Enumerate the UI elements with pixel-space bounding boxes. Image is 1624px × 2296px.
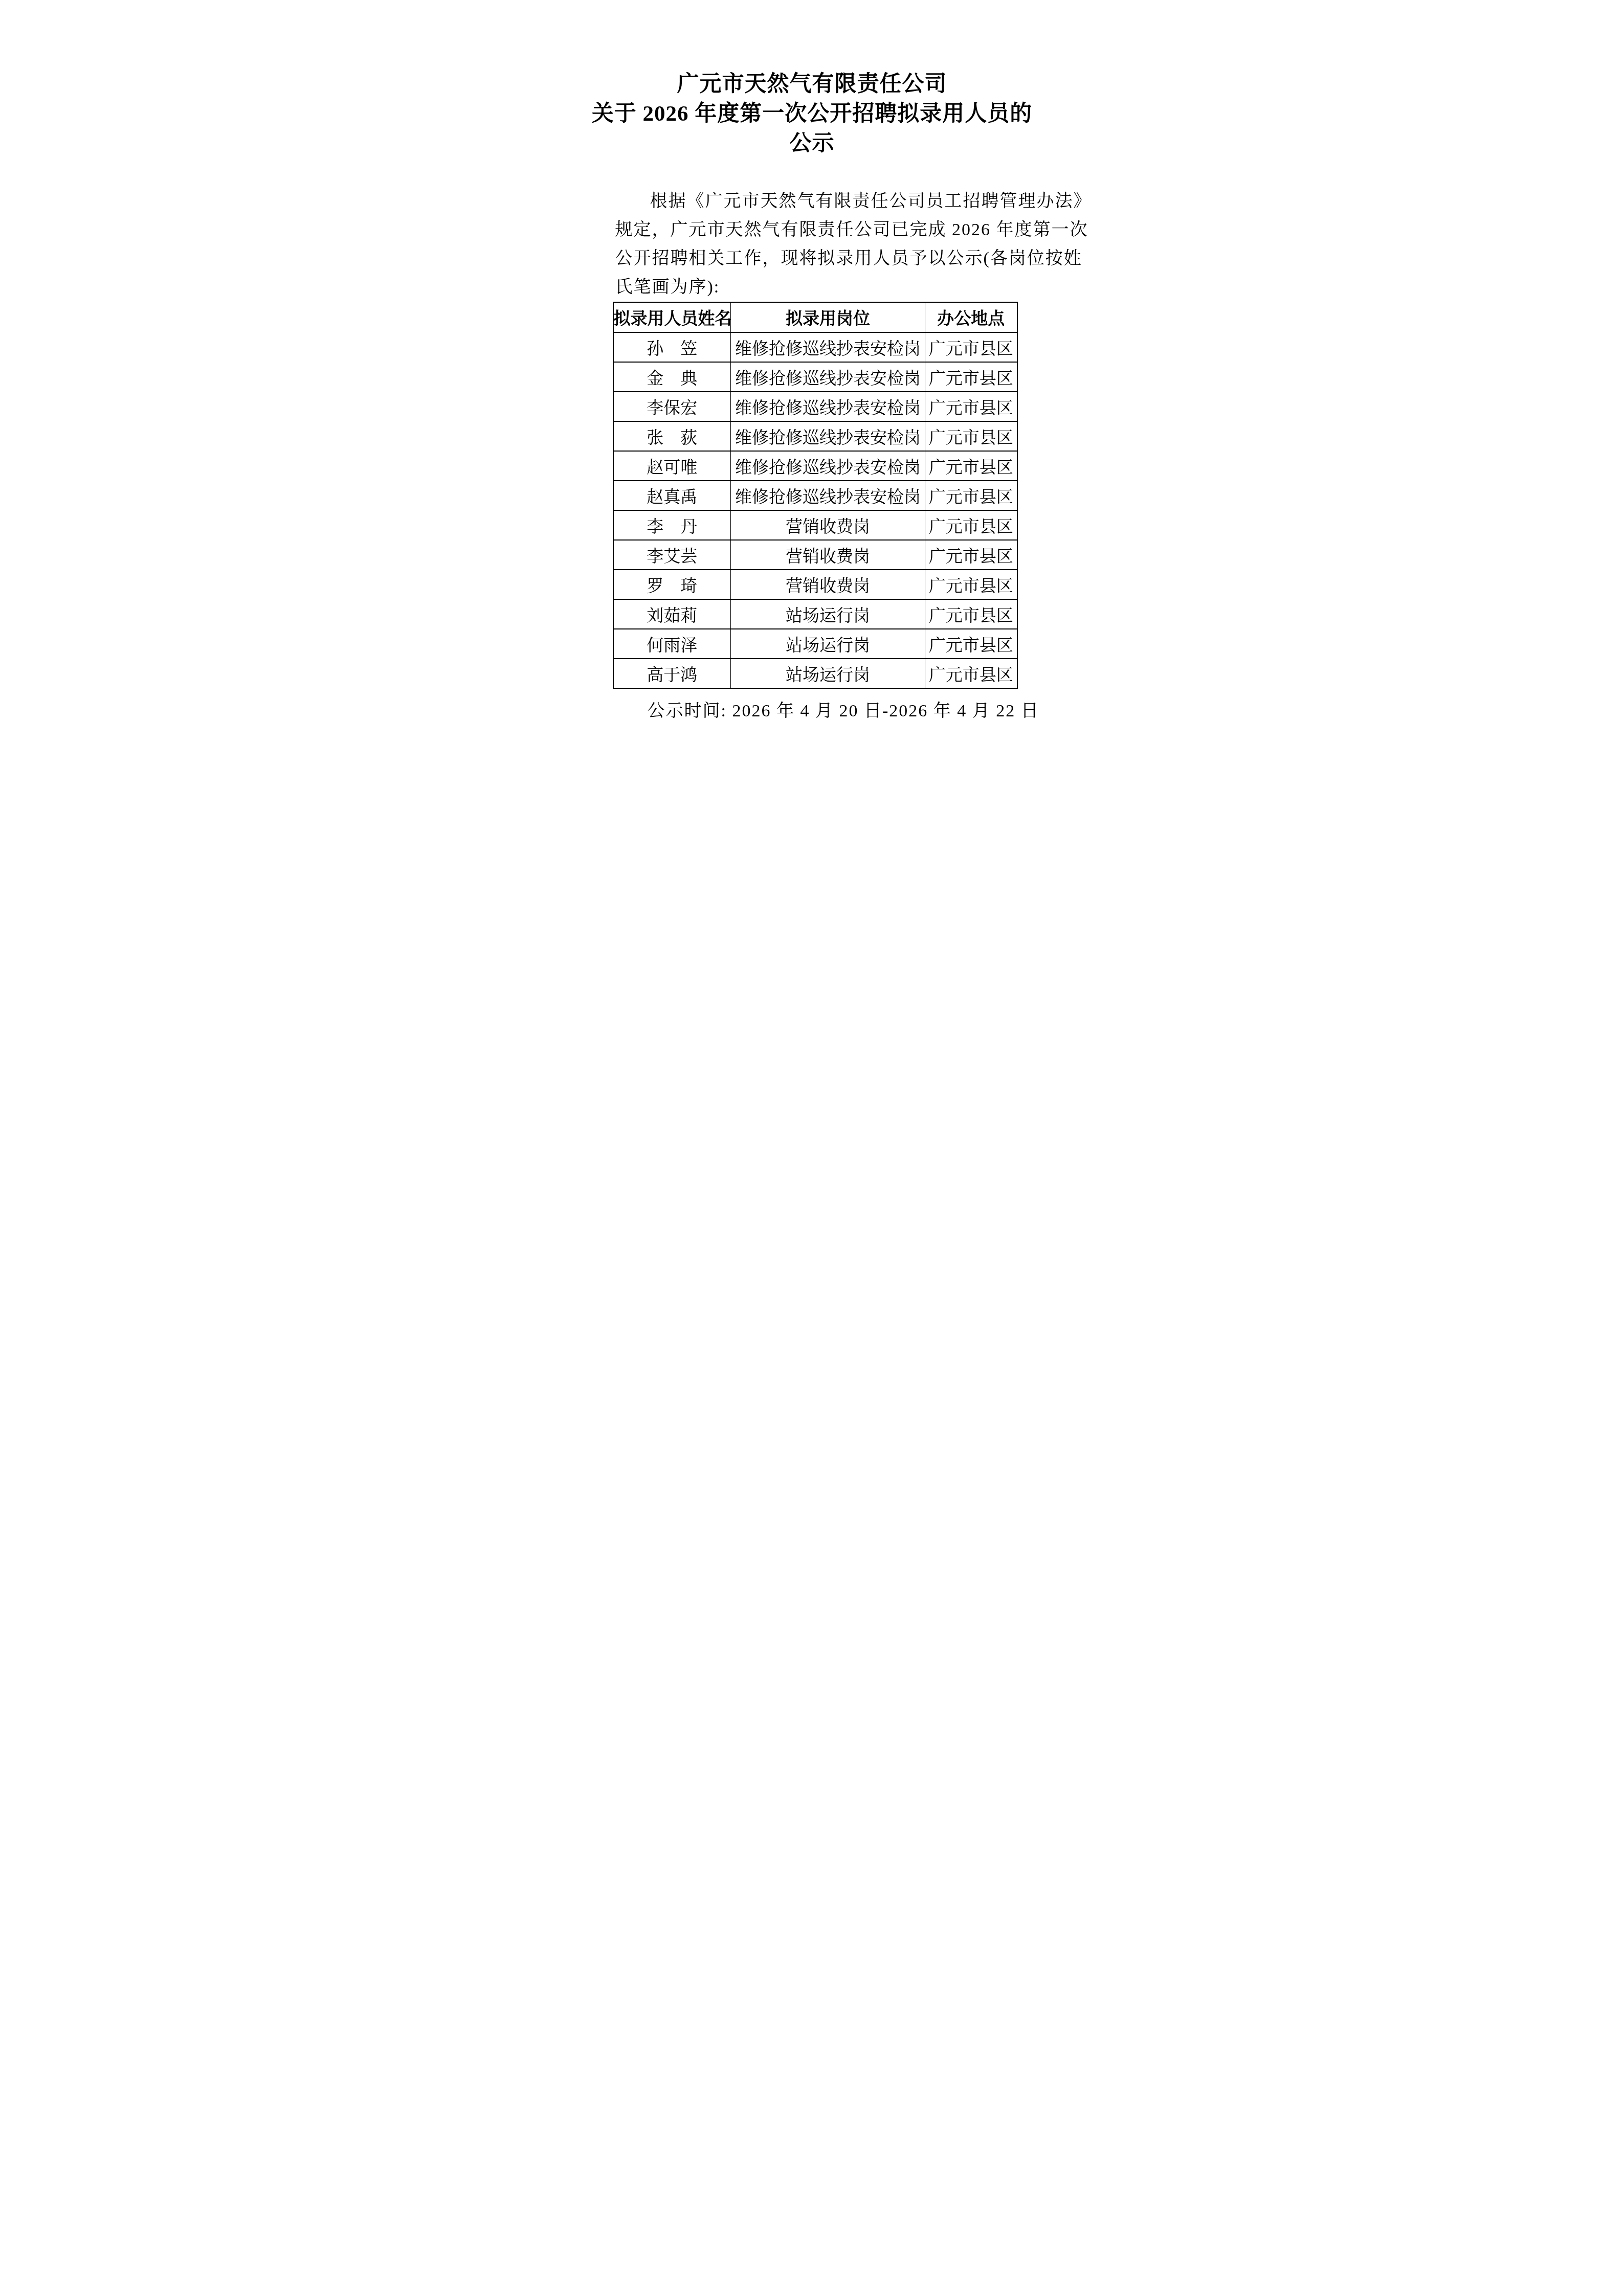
cell-position: 站场运行岗 (731, 599, 925, 629)
cell-position: 营销收费岗 (731, 510, 925, 540)
cell-name: 高于鸿 (613, 659, 731, 688)
cell-location: 广元市县区 (925, 362, 1017, 392)
table-row: 何雨泽 站场运行岗 广元市县区 (613, 629, 1017, 659)
table-row: 赵真禹 维修抢修巡线抄表安检岗 广元市县区 (613, 481, 1017, 510)
cell-name: 赵可唯 (613, 451, 731, 481)
publicity-period: 公示时间: 2026 年 4 月 20 日-2026 年 4 月 22 日 (648, 697, 1094, 726)
paragraph-line: 公开招聘相关工作，现将拟录用人员予以公示(各岗位按姓 (615, 244, 1012, 273)
table-row: 李保宏 维修抢修巡线抄表安检岗 广元市县区 (613, 392, 1017, 421)
cell-location: 广元市县区 (925, 659, 1017, 688)
title-line-1: 广元市天然气有限责任公司 (531, 70, 1094, 99)
table-row: 金 典 维修抢修巡线抄表安检岗 广元市县区 (613, 362, 1017, 392)
cell-location: 广元市县区 (925, 481, 1017, 510)
cell-position: 营销收费岗 (731, 540, 925, 570)
cell-position: 营销收费岗 (731, 570, 925, 599)
title-line-2: 关于 2026 年度第一次公开招聘拟录用人员的 (531, 99, 1094, 129)
table-row: 罗 琦 营销收费岗 广元市县区 (613, 570, 1017, 599)
paragraph-line: 氏笔画为序): (615, 273, 1012, 302)
cell-position: 站场运行岗 (731, 629, 925, 659)
cell-location: 广元市县区 (925, 421, 1017, 451)
cell-location: 广元市县区 (925, 599, 1017, 629)
cell-location: 广元市县区 (925, 451, 1017, 481)
cell-position: 维修抢修巡线抄表安检岗 (731, 392, 925, 421)
table-row: 李 丹 营销收费岗 广元市县区 (613, 510, 1017, 540)
header-position: 拟录用岗位 (731, 302, 925, 332)
table-row: 孙 笠 维修抢修巡线抄表安检岗 广元市县区 (613, 332, 1017, 362)
notice-page: 广元市天然气有限责任公司 关于 2026 年度第一次公开招聘拟录用人员的 公示 … (531, 0, 1094, 796)
title-line-3: 公示 (531, 129, 1094, 159)
cell-name: 张 荻 (613, 421, 731, 451)
cell-name: 赵真禹 (613, 481, 731, 510)
paragraph-line: 规定，广元市天然气有限责任公司已完成 2026 年度第一次 (615, 216, 1012, 244)
cell-location: 广元市县区 (925, 570, 1017, 599)
table-row: 张 荻 维修抢修巡线抄表安检岗 广元市县区 (613, 421, 1017, 451)
cell-name: 何雨泽 (613, 629, 731, 659)
cell-position: 维修抢修巡线抄表安检岗 (731, 362, 925, 392)
cell-position: 维修抢修巡线抄表安检岗 (731, 332, 925, 362)
paragraph-line: 根据《广元市天然气有限责任公司员工招聘管理办法》 (615, 187, 1012, 216)
cell-name: 金 典 (613, 362, 731, 392)
cell-name: 李 丹 (613, 510, 731, 540)
table-row: 高于鸿 站场运行岗 广元市县区 (613, 659, 1017, 688)
cell-name: 李艾芸 (613, 540, 731, 570)
cell-position: 站场运行岗 (731, 659, 925, 688)
header-location: 办公地点 (925, 302, 1017, 332)
table-row: 赵可唯 维修抢修巡线抄表安检岗 广元市县区 (613, 451, 1017, 481)
intro-paragraph: 根据《广元市天然气有限责任公司员工招聘管理办法》 规定，广元市天然气有限责任公司… (615, 187, 1012, 302)
hires-table: 拟录用人员姓名 拟录用岗位 办公地点 孙 笠 维修抢修巡线抄表安检岗 广元市县区… (613, 302, 1018, 689)
cell-location: 广元市县区 (925, 392, 1017, 421)
table-row: 刘茹莉 站场运行岗 广元市县区 (613, 599, 1017, 629)
cell-position: 维修抢修巡线抄表安检岗 (731, 421, 925, 451)
cell-name: 刘茹莉 (613, 599, 731, 629)
cell-location: 广元市县区 (925, 332, 1017, 362)
header-name: 拟录用人员姓名 (613, 302, 731, 332)
cell-position: 维修抢修巡线抄表安检岗 (731, 481, 925, 510)
document-title: 广元市天然气有限责任公司 关于 2026 年度第一次公开招聘拟录用人员的 公示 (531, 0, 1094, 159)
cell-name: 李保宏 (613, 392, 731, 421)
table-row: 李艾芸 营销收费岗 广元市县区 (613, 540, 1017, 570)
cell-location: 广元市县区 (925, 510, 1017, 540)
cell-position: 维修抢修巡线抄表安检岗 (731, 451, 925, 481)
cell-location: 广元市县区 (925, 540, 1017, 570)
cell-name: 孙 笠 (613, 332, 731, 362)
table-header-row: 拟录用人员姓名 拟录用岗位 办公地点 (613, 302, 1017, 332)
cell-location: 广元市县区 (925, 629, 1017, 659)
cell-name: 罗 琦 (613, 570, 731, 599)
